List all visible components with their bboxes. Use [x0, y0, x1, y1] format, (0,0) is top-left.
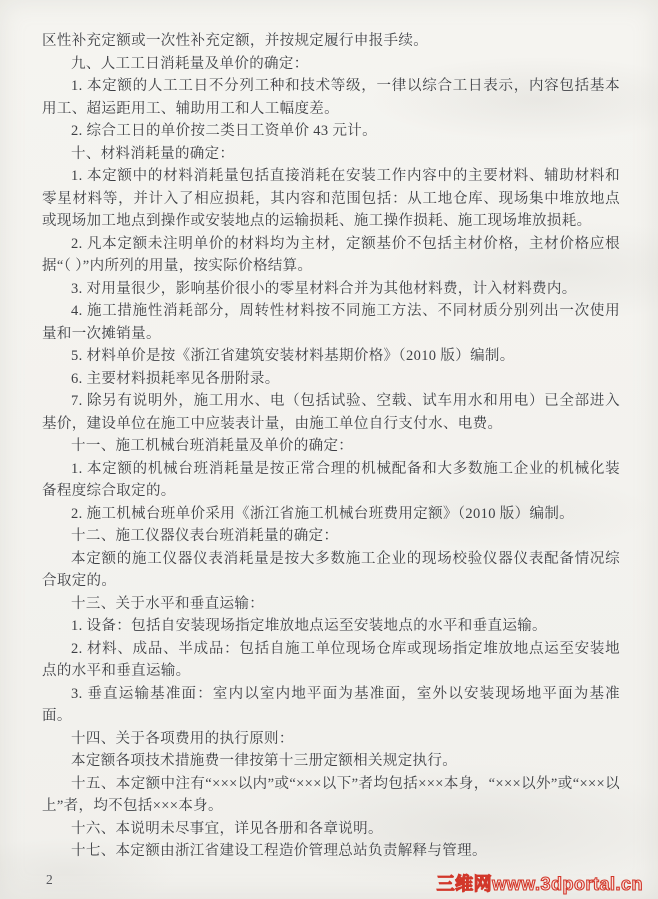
paragraph: 十、材料消耗量的确定：: [42, 143, 620, 166]
paragraph: 十四、关于各项费用的执行原则：: [42, 728, 620, 751]
paragraph: 十三、关于水平和垂直运输：: [42, 593, 620, 616]
page-number: 2: [46, 872, 53, 888]
paragraph: 2. 综合工日的单价按二类日工资单价 43 元计。: [42, 120, 620, 143]
paragraph: 2. 施工机械台班单价采用《浙江省施工机械台班费用定额》（2010 版）编制。: [42, 503, 620, 526]
paragraph: 本定额的施工仪器仪表消耗量是按大多数施工企业的现场校验仪器仪表配备情况综合取定的…: [42, 548, 620, 593]
watermark: 三维网www.3dportal.cn: [437, 870, 643, 896]
paragraph: 十五、本定额中注有“×××以内”或“×××以下”者均包括×××本身，“×××以外…: [42, 773, 620, 818]
document-body: 区性补充定额或一次性补充定额，并按规定履行申报手续。九、人工工日消耗量及单价的确…: [42, 30, 620, 863]
paragraph: 5. 材料单价是按《浙江省建筑安装材料基期价格》（2010 版）编制。: [42, 345, 620, 368]
paragraph: 7. 除另有说明外，施工用水、电（包括试验、空载、试车用水和用电）已全部进入基价…: [42, 390, 620, 435]
paragraph: 十一、施工机械台班消耗量及单价的确定：: [42, 435, 620, 458]
document-page: 区性补充定额或一次性补充定额，并按规定履行申报手续。九、人工工日消耗量及单价的确…: [0, 0, 658, 899]
paragraph: 3. 垂直运输基准面：室内以室内地平面为基准面，室外以安装现场地平面为基准面。: [42, 683, 620, 728]
paragraph: 1. 本定额的机械台班消耗量是按正常合理的机械配备和大多数施工企业的机械化装备程…: [42, 458, 620, 503]
paragraph: 2. 凡本定额未注明单价的材料均为主材，定额基价不包括主材价格，主材价格应根据“…: [42, 233, 620, 278]
paragraph: 2. 材料、成品、半成品：包括自施工单位现场仓库或现场指定堆放地点运至安装地点的…: [42, 638, 620, 683]
paragraph: 4. 施工措施性消耗部分，周转性材料按不同施工方法、不同材质分别列出一次使用量和…: [42, 300, 620, 345]
paragraph: 本定额各项技术措施费一律按第十三册定额相关规定执行。: [42, 750, 620, 773]
paragraph: 1. 本定额中的材料消耗量包括直接消耗在安装工作内容中的主要材料、辅助材料和零星…: [42, 165, 620, 233]
paragraph: 十七、本定额由浙江省建设工程造价管理总站负责解释与管理。: [42, 840, 620, 863]
paragraph: 3. 对用量很少，影响基价很小的零星材料合并为其他材料费，计入材料费内。: [42, 278, 620, 301]
paragraph: 十六、本说明未尽事宜，详见各册和各章说明。: [42, 818, 620, 841]
paragraph: 1. 本定额的人工工日不分列工种和技术等级，一律以综合工日表示，内容包括基本用工…: [42, 75, 620, 120]
paragraph: 九、人工工日消耗量及单价的确定：: [42, 53, 620, 76]
paragraph: 十二、施工仪器仪表台班消耗量的确定：: [42, 525, 620, 548]
paragraph: 1. 设备：包括自安装现场指定堆放地点运至安装地点的水平和垂直运输。: [42, 615, 620, 638]
paragraph: 区性补充定额或一次性补充定额，并按规定履行申报手续。: [42, 30, 620, 53]
paragraph: 6. 主要材料损耗率见各册附录。: [42, 368, 620, 391]
